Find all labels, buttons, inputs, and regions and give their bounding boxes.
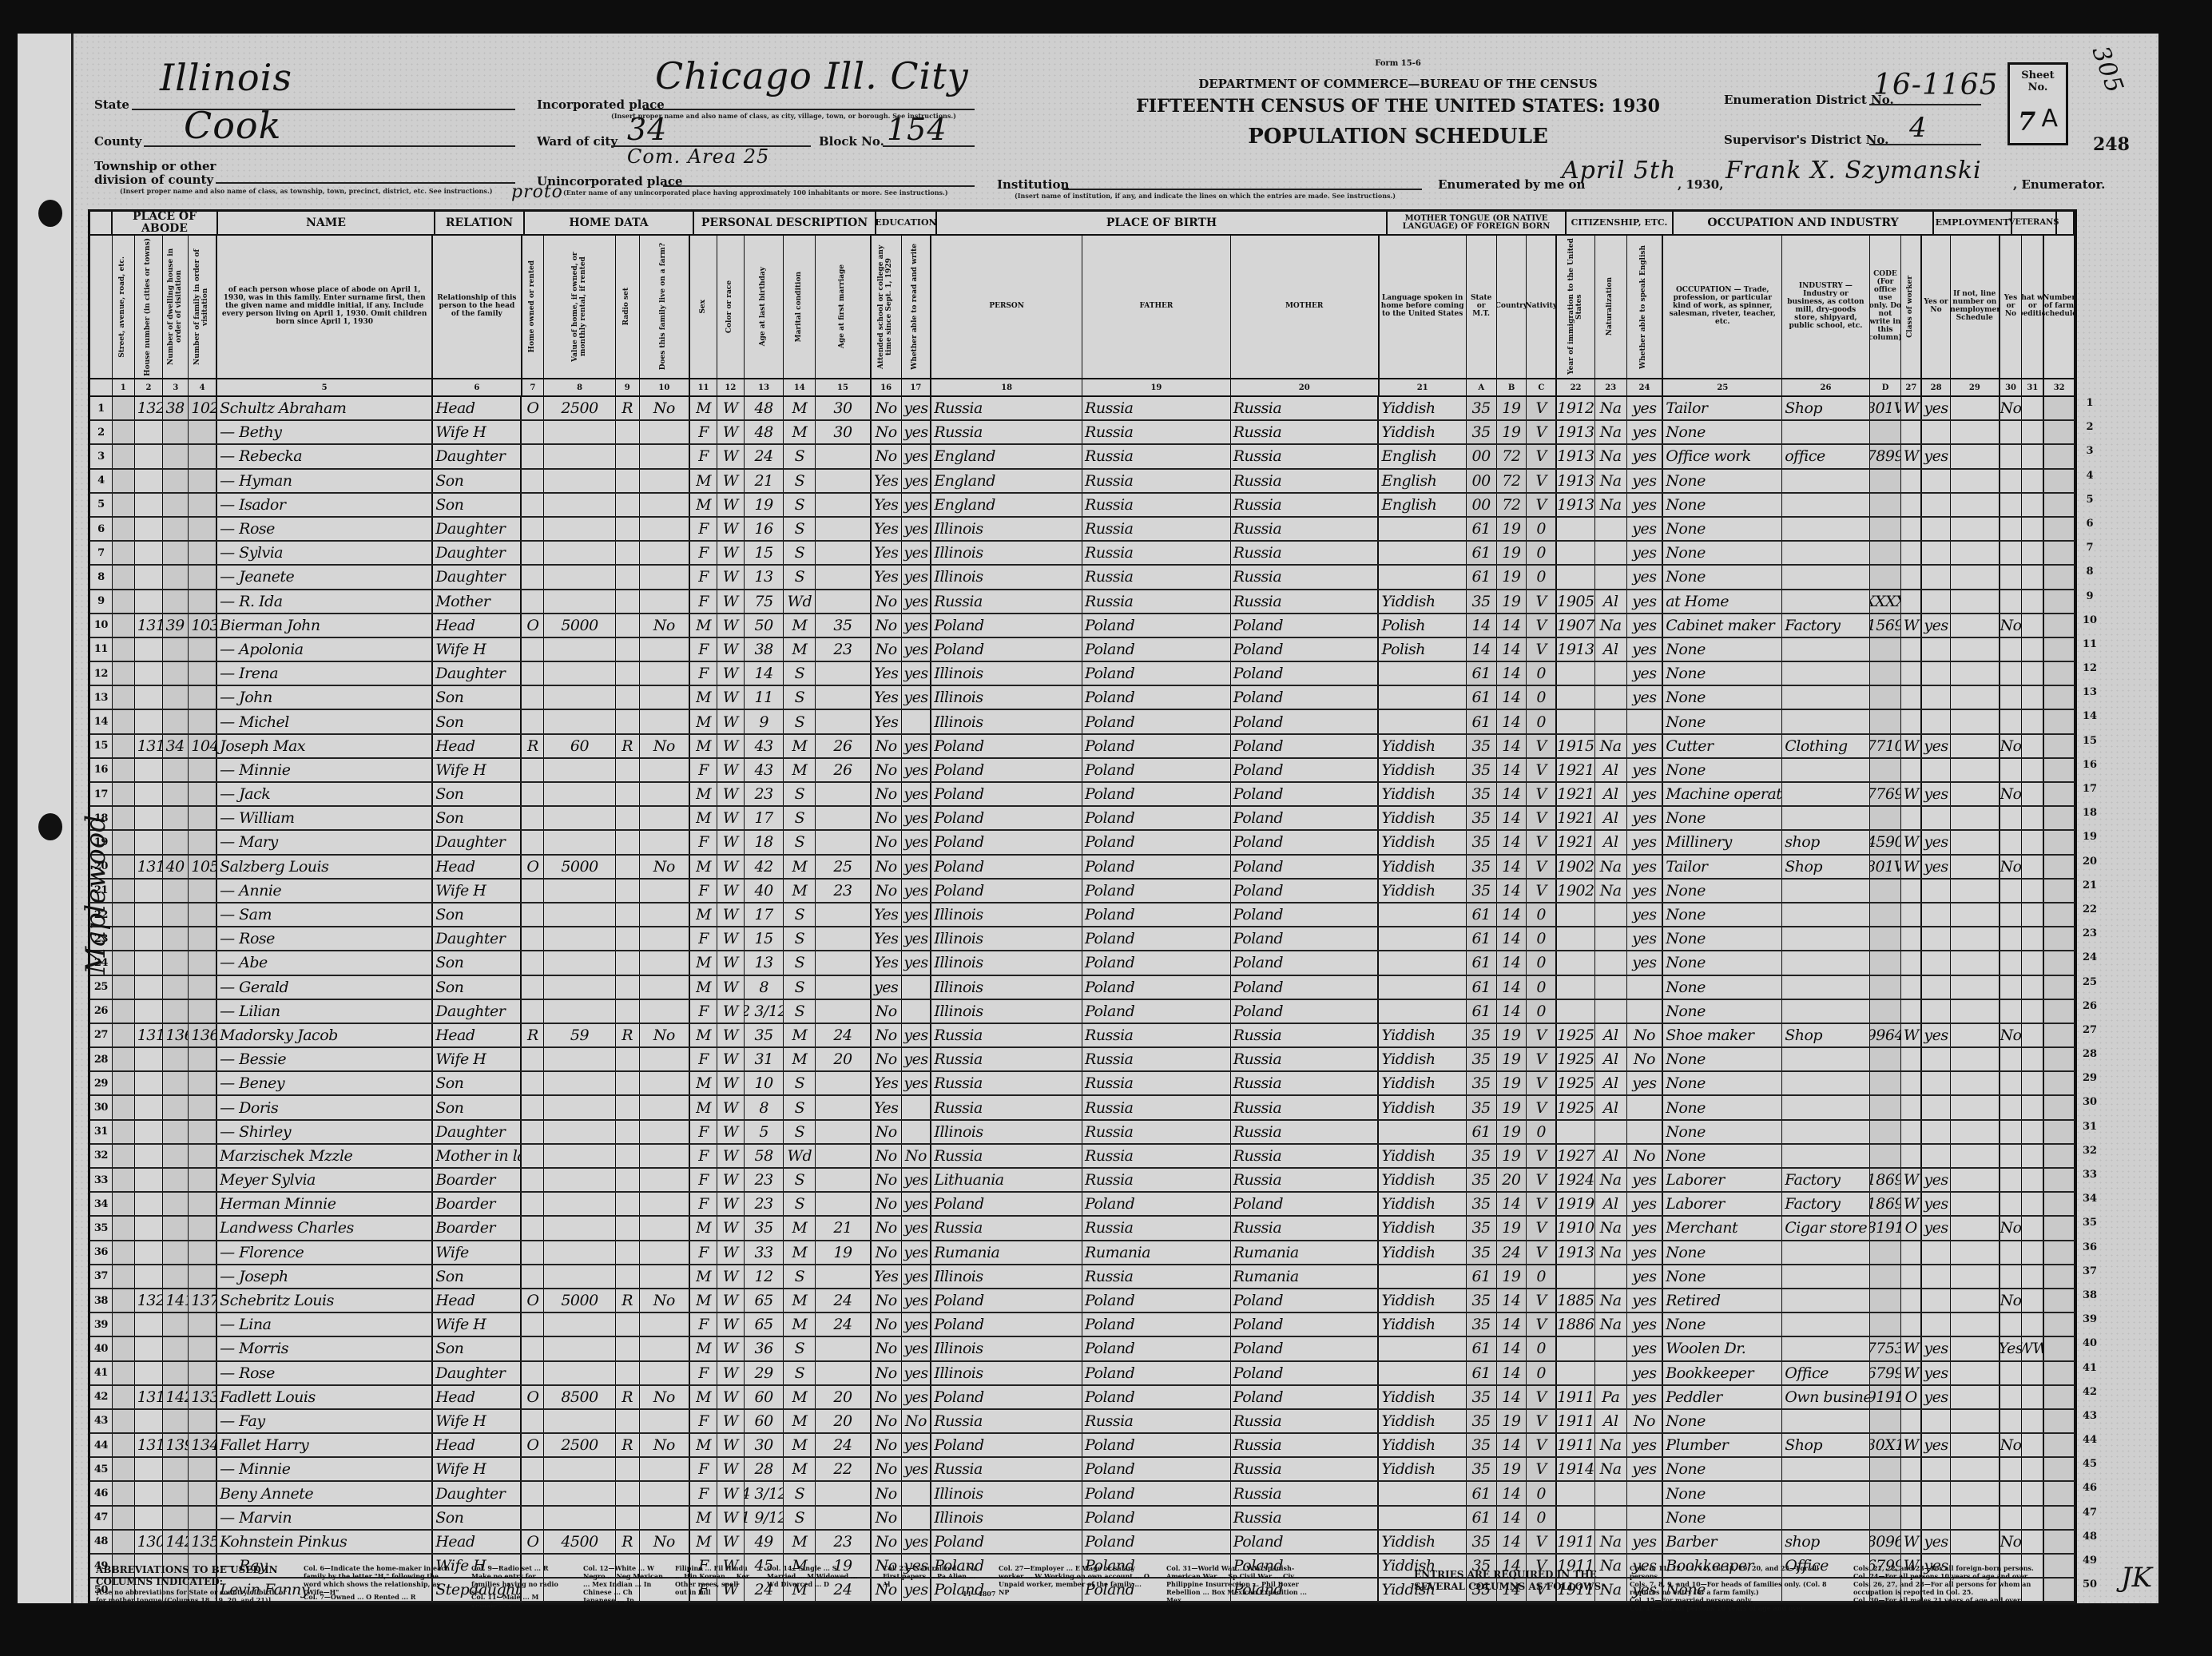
cell-bpm: Poland [1231, 1362, 1380, 1384]
cell-name: Fadlett Louis [217, 1386, 433, 1408]
cell-cb: 19 [1497, 1458, 1527, 1480]
table-row: 11— ApoloniaWife HFW38M23NoyesPolandPola… [90, 638, 2075, 662]
cell-unemp [1951, 831, 2000, 853]
cell-age: 13 [745, 566, 784, 588]
cell-eng: yes [1627, 1169, 1664, 1191]
cell-bp: England [931, 445, 1082, 467]
cell-own [522, 1265, 544, 1288]
cell-radio [616, 856, 640, 878]
column-header-label: Yes or No [1924, 299, 1948, 315]
cell-cb: 19 [1497, 590, 1527, 613]
cell-emp [1922, 880, 1951, 902]
cell-cb: 19 [1497, 566, 1527, 588]
line-number-right: 29 [2078, 1072, 2102, 1084]
cell-cls [1901, 1289, 1922, 1312]
table-row: 2— BethyWife HFW48M30NoyesRussiaRussiaRu… [90, 421, 2075, 445]
cell-name: Schultz Abraham [217, 397, 433, 419]
cell-bpf: Russia [1082, 1048, 1231, 1070]
cell-emp: yes [1922, 1531, 1951, 1553]
cell-ind [1782, 1410, 1869, 1432]
cell-lang [1379, 662, 1466, 685]
cell-age: 21 [745, 470, 784, 492]
cell-eng: yes [1627, 831, 1664, 853]
column-header-label: If not, line number on Unemployment Sche… [1951, 291, 2000, 323]
cell-eng [1627, 1096, 1664, 1118]
cell-family [189, 783, 217, 805]
cell-age: 23 [745, 1193, 784, 1215]
cell-value [544, 976, 615, 999]
cell-rel: Wife H [433, 421, 522, 443]
cell-cls [1901, 518, 1922, 540]
cell-farm [640, 710, 691, 733]
table-row: 20131640105Salzberg LouisHeadO5000NoMW42… [90, 856, 2075, 880]
cell-line: 10 [90, 614, 113, 637]
cell-nat: Na [1595, 1241, 1627, 1264]
cell-imm [1557, 662, 1595, 685]
cell-age: 17 [745, 903, 784, 926]
cell-mar: M [784, 1313, 816, 1336]
cell-unemp [1951, 1193, 2000, 1215]
cell-cc: V [1527, 1289, 1557, 1312]
cell-agem [816, 686, 872, 709]
cell-sex: M [690, 856, 717, 878]
cell-sex: F [690, 1048, 717, 1070]
cell-age: 13 [745, 951, 784, 974]
cell-read: No [902, 1410, 932, 1432]
cell-mar: S [784, 1362, 816, 1384]
table-row: 32Marzischek MzzleMother in lawFW58WdNoN… [90, 1145, 2075, 1169]
cell-family [189, 662, 217, 685]
cell-race: W [717, 397, 745, 419]
column-number: 25 [1663, 379, 1782, 395]
cell-dwelling [163, 1241, 189, 1264]
cell-line: 7 [90, 542, 113, 564]
cell-occ: None [1663, 880, 1782, 902]
cell-radio: R [616, 1434, 640, 1456]
cell-cls [1901, 1145, 1922, 1167]
cell-blank [113, 735, 135, 757]
cell-race: W [717, 470, 745, 492]
cell-value [544, 880, 615, 902]
cell-age: 60 [745, 1386, 784, 1408]
corner-mark: JK [2121, 1562, 2152, 1594]
cell-bpf: Poland [1082, 1482, 1231, 1504]
cell-name: — Bessie [217, 1048, 433, 1070]
cell-nat: Al [1595, 1145, 1627, 1167]
cell-house [135, 445, 164, 467]
cell-occ: Plumber [1663, 1434, 1782, 1456]
table-row: 46Beny AnneteDaughterFW4 3/12SNoIllinois… [90, 1482, 2075, 1506]
cell-race: W [717, 494, 745, 516]
cell-cb: 14 [1497, 903, 1527, 926]
cell-mar: S [784, 686, 816, 709]
cell-value [544, 470, 615, 492]
cell-family: 137 [189, 1289, 217, 1312]
cell-cb: 19 [1497, 421, 1527, 443]
cell-eng: yes [1627, 1265, 1664, 1288]
cell-dwelling [163, 1482, 189, 1504]
cell-farm [640, 590, 691, 613]
table-body: 1132038102Schultz AbrahamHeadO2500RNoMW4… [90, 397, 2075, 1602]
cell-ca: 35 [1467, 1458, 1497, 1480]
cell-sex: M [690, 1434, 717, 1456]
form-number: Form 15-6 [1038, 59, 1757, 68]
cell-eng: yes [1627, 807, 1664, 829]
cell-imm [1557, 927, 1595, 950]
cell-nat: Na [1595, 614, 1627, 637]
cell-agem: 23 [816, 1531, 872, 1553]
cell-bpf: Poland [1082, 1000, 1231, 1023]
cell-sex: M [690, 903, 717, 926]
cell-family [189, 976, 217, 999]
cell-bp: Poland [931, 638, 1082, 661]
cell-code: 801V [1870, 397, 1902, 419]
cell-cc: V [1527, 445, 1557, 467]
cell-unemp [1951, 1072, 2000, 1094]
cell-cb: 14 [1497, 1313, 1527, 1336]
cell-imm [1557, 686, 1595, 709]
cell-line: 8 [90, 566, 113, 588]
ward-value: 34 [627, 112, 667, 147]
cell-blank [113, 1000, 135, 1023]
cell-vet [2000, 1096, 2023, 1118]
cell-war [2022, 1048, 2044, 1070]
cell-eng: yes [1627, 1217, 1664, 1239]
cell-lang [1379, 1000, 1466, 1023]
cell-name: — Marvin [217, 1507, 433, 1529]
cell-vet: No [2000, 1289, 2023, 1312]
col12-note: Col. 12—White ... W Negro ... Neg Mexica… [583, 1564, 663, 1604]
cell-mar: M [784, 880, 816, 902]
col9-note: Col. 9—Radio set ... R Make no entry for… [471, 1564, 563, 1596]
cell-ca: 14 [1467, 638, 1497, 661]
cell-vet: No [2000, 1531, 2023, 1553]
cell-farm [640, 445, 691, 467]
cell-cls [1901, 1482, 1922, 1504]
cell-imm [1557, 1121, 1595, 1143]
cell-unemp [1951, 1048, 2000, 1070]
cell-imm [1557, 1482, 1595, 1504]
cell-lang [1379, 1337, 1466, 1360]
cell-bpf: Russia [1082, 445, 1231, 467]
cell-emp [1922, 1241, 1951, 1264]
cell-lang: Yiddish [1379, 1241, 1466, 1264]
cell-race: W [717, 614, 745, 637]
cell-line: 37 [90, 1265, 113, 1288]
column-header: Nativity [1527, 236, 1557, 378]
cell-dwelling [163, 783, 189, 805]
cell-radio: R [616, 735, 640, 757]
cell-bpf: Russia [1082, 1265, 1231, 1288]
cell-unemp [1951, 1507, 2000, 1529]
cell-cb: 72 [1497, 494, 1527, 516]
cell-dwelling [163, 542, 189, 564]
cell-cb: 14 [1497, 951, 1527, 974]
table-row: 271310136136Madorsky JacobHeadR59RNoMW35… [90, 1024, 2075, 1048]
cell-bpm: Poland [1231, 1337, 1380, 1360]
cell-dwelling [163, 880, 189, 902]
cell-imm [1557, 1337, 1595, 1360]
cell-war [2022, 542, 2044, 564]
cell-eng: yes [1627, 542, 1664, 564]
cell-bpm: Russia [1231, 1048, 1380, 1070]
cell-family [189, 1265, 217, 1288]
cell-dwelling [163, 1121, 189, 1143]
cell-lang [1379, 1121, 1466, 1143]
cell-lang [1379, 542, 1466, 564]
cell-ca: 61 [1467, 710, 1497, 733]
cell-lang: Yiddish [1379, 831, 1466, 853]
cell-family [189, 1337, 217, 1360]
cell-radio [616, 951, 640, 974]
cell-value [544, 1217, 615, 1239]
cell-war [2022, 735, 2044, 757]
cell-sex: F [690, 1169, 717, 1191]
column-number: 13 [745, 379, 784, 395]
column-header-label: Number of family in order of visitation [194, 237, 210, 376]
cell-cls [1901, 566, 1922, 588]
cell-own [522, 880, 544, 902]
cell-blank [2044, 783, 2075, 805]
cell-blank [113, 421, 135, 443]
column-header: Yes or No [2000, 236, 2023, 378]
cell-war [2022, 783, 2044, 805]
cell-bpm: Russia [1231, 542, 1380, 564]
cell-read: yes [902, 807, 932, 829]
cell-agem: 25 [816, 856, 872, 878]
cell-cb: 14 [1497, 1193, 1527, 1215]
column-header-label: Number of dwelling house in order of vis… [168, 237, 184, 376]
cell-sex: M [690, 614, 717, 637]
cell-school: No [872, 1048, 902, 1070]
cell-cc: V [1527, 494, 1557, 516]
cell-agem [816, 831, 872, 853]
cell-school: Yes [872, 927, 902, 950]
column-header: Number of farm schedule [2044, 236, 2075, 378]
cell-rel: Wife H [433, 1313, 522, 1336]
cell-name: — Minnie [217, 759, 433, 781]
cell-own [522, 1217, 544, 1239]
cell-house [135, 1482, 164, 1504]
cell-blank [2044, 662, 2075, 685]
cell-lang: Yiddish [1379, 397, 1466, 419]
cell-farm [640, 1145, 691, 1167]
cell-read: yes [902, 759, 932, 781]
column-number: 27 [1901, 379, 1922, 395]
line-number-right: 39 [2078, 1313, 2102, 1325]
cell-school: No [872, 1434, 902, 1456]
cell-occ: None [1663, 1482, 1782, 1504]
cell-radio [616, 518, 640, 540]
cell-mar: M [784, 759, 816, 781]
cell-imm [1557, 1000, 1595, 1023]
cell-ind: shop [1782, 831, 1869, 853]
cell-mar: S [784, 1507, 816, 1529]
cell-eng: No [1627, 1410, 1664, 1432]
ward-note: Com. Area 25 [627, 145, 769, 168]
cell-unemp [1951, 1169, 2000, 1191]
cell-unemp [1951, 518, 2000, 540]
cell-war [2022, 1289, 2044, 1312]
cell-imm: 1915 [1557, 735, 1595, 757]
cell-occ: None [1663, 951, 1782, 974]
column-header: Value of home, if owned, or monthly rent… [544, 236, 615, 378]
cell-bpm: Russia [1231, 1217, 1380, 1239]
cell-cb: 14 [1497, 831, 1527, 853]
cell-cb: 19 [1497, 1265, 1527, 1288]
cell-bpf: Poland [1082, 686, 1231, 709]
cell-farm [640, 783, 691, 805]
cell-bp: Illinois [931, 710, 1082, 733]
cell-bpf: Russia [1082, 1169, 1231, 1191]
cell-cc: V [1527, 1217, 1557, 1239]
cell-bpm: Poland [1231, 856, 1380, 878]
cell-cc: 0 [1527, 903, 1557, 926]
line-number-right: 9 [2078, 590, 2102, 602]
cell-agem [816, 1121, 872, 1143]
cell-bp: Illinois [931, 686, 1082, 709]
entries-line: Cols. 26, 27, and 28—For all persons for… [1853, 1580, 2069, 1596]
cell-rel: Daughter [433, 542, 522, 564]
cell-occ: None [1663, 1507, 1782, 1529]
cell-dwelling: 142 [163, 1386, 189, 1408]
cell-vet: No [2000, 1217, 2023, 1239]
cell-dwelling: 40 [163, 856, 189, 878]
cell-age: 65 [745, 1313, 784, 1336]
cell-school: Yes [872, 710, 902, 733]
cell-value [544, 1241, 615, 1264]
cell-cc: 0 [1527, 1000, 1557, 1023]
cell-ca: 35 [1467, 759, 1497, 781]
township-note: (Insert proper name and also name of cla… [120, 187, 519, 195]
cell-unemp [1951, 1458, 2000, 1480]
entries-title: ENTRIES ARE REQUIRED IN THE SEVERAL COLU… [1414, 1569, 1614, 1593]
cell-bpf: Poland [1082, 927, 1231, 950]
cell-vet [2000, 1048, 2023, 1070]
cell-eng: No [1627, 1145, 1664, 1167]
cell-school: No [872, 1169, 902, 1191]
line-number-right: 17 [2078, 783, 2102, 795]
cell-bp: Illinois [931, 1121, 1082, 1143]
cell-nat: Na [1595, 735, 1627, 757]
cell-nat: Na [1595, 1289, 1627, 1312]
cell-war [2022, 807, 2044, 829]
cell-cls [1901, 1458, 1922, 1480]
cell-line: 25 [90, 976, 113, 999]
column-header: Age at first marriage [816, 236, 872, 378]
cell-agem: 22 [816, 1458, 872, 1480]
cell-blank [113, 783, 135, 805]
cell-family [189, 1193, 217, 1215]
cell-cb: 14 [1497, 759, 1527, 781]
cell-war [2022, 759, 2044, 781]
cell-rel: Son [433, 903, 522, 926]
line-number-right: 27 [2078, 1024, 2102, 1036]
cell-read: yes [902, 1241, 932, 1264]
cell-vet [2000, 1507, 2023, 1529]
cell-house [135, 542, 164, 564]
cell-name: Herman Minnie [217, 1193, 433, 1215]
cell-house [135, 783, 164, 805]
cell-vet: No [2000, 614, 2023, 637]
cell-bpf: Russia [1082, 1121, 1231, 1143]
column-number: 6 [433, 379, 522, 395]
cell-imm: 1913 [1557, 638, 1595, 661]
cell-bpf: Poland [1082, 710, 1231, 733]
cell-radio [616, 976, 640, 999]
cell-cls: W [1901, 783, 1922, 805]
cell-emp [1922, 518, 1951, 540]
cell-war [2022, 927, 2044, 950]
cell-code [1870, 638, 1902, 661]
cell-house: 1320 [135, 397, 164, 419]
cell-blank [2044, 1482, 2075, 1504]
cell-war [2022, 1121, 2044, 1143]
cell-blank [113, 831, 135, 853]
cell-age: 29 [745, 1362, 784, 1384]
cell-bpf: Poland [1082, 856, 1231, 878]
sheet-number: 7 [2018, 106, 2035, 137]
cell-nat: Al [1595, 590, 1627, 613]
cell-occ: None [1663, 976, 1782, 999]
entries-left: Cols. 6, 11, 12, 13, 14, 16, 18, 19, 20,… [1630, 1564, 1837, 1612]
cell-farm [640, 1362, 691, 1384]
cell-cc: V [1527, 1048, 1557, 1070]
cell-value [544, 1410, 615, 1432]
cell-imm: 1911 [1557, 1386, 1595, 1408]
cell-ind [1782, 686, 1869, 709]
cell-sex: F [690, 638, 717, 661]
cell-agem [816, 566, 872, 588]
cell-lang: Yiddish [1379, 880, 1466, 902]
cell-cb: 72 [1497, 445, 1527, 467]
cell-name: Bierman John [217, 614, 433, 637]
cell-war [2022, 1265, 2044, 1288]
cell-line: 38 [90, 1289, 113, 1312]
cell-occ: None [1663, 903, 1782, 926]
cell-race: W [717, 927, 745, 950]
cell-lang: Yiddish [1379, 1458, 1466, 1480]
cell-cb: 19 [1497, 1121, 1527, 1143]
cell-dwelling: 142 [163, 1531, 189, 1553]
cell-school: No [872, 1337, 902, 1360]
column-number: 21 [1380, 379, 1467, 395]
cell-cc: V [1527, 1434, 1557, 1456]
cell-occ: Barber [1663, 1531, 1782, 1553]
cell-vet [2000, 1241, 2023, 1264]
left-margin-note: Maplewood [80, 815, 112, 975]
cell-school: No [872, 1313, 902, 1336]
cell-war [2022, 1386, 2044, 1408]
cell-line: 5 [90, 494, 113, 516]
cell-vet [2000, 1145, 2023, 1167]
cell-nat [1595, 686, 1627, 709]
cell-mar: M [784, 1531, 816, 1553]
cell-blank [113, 1337, 135, 1360]
cell-radio [616, 927, 640, 950]
cell-agem [816, 927, 872, 950]
cell-age: 43 [745, 735, 784, 757]
cell-blank [2044, 470, 2075, 492]
cell-cls: W [1901, 1531, 1922, 1553]
cell-bpm: Poland [1231, 1531, 1380, 1553]
line-number-right: 31 [2078, 1121, 2102, 1133]
cell-cc: V [1527, 856, 1557, 878]
cell-age: 35 [745, 1217, 784, 1239]
cell-value [544, 1145, 615, 1167]
cell-age: 50 [745, 614, 784, 637]
group-occupation-industry: OCCUPATION AND INDUSTRY [1674, 212, 1934, 234]
